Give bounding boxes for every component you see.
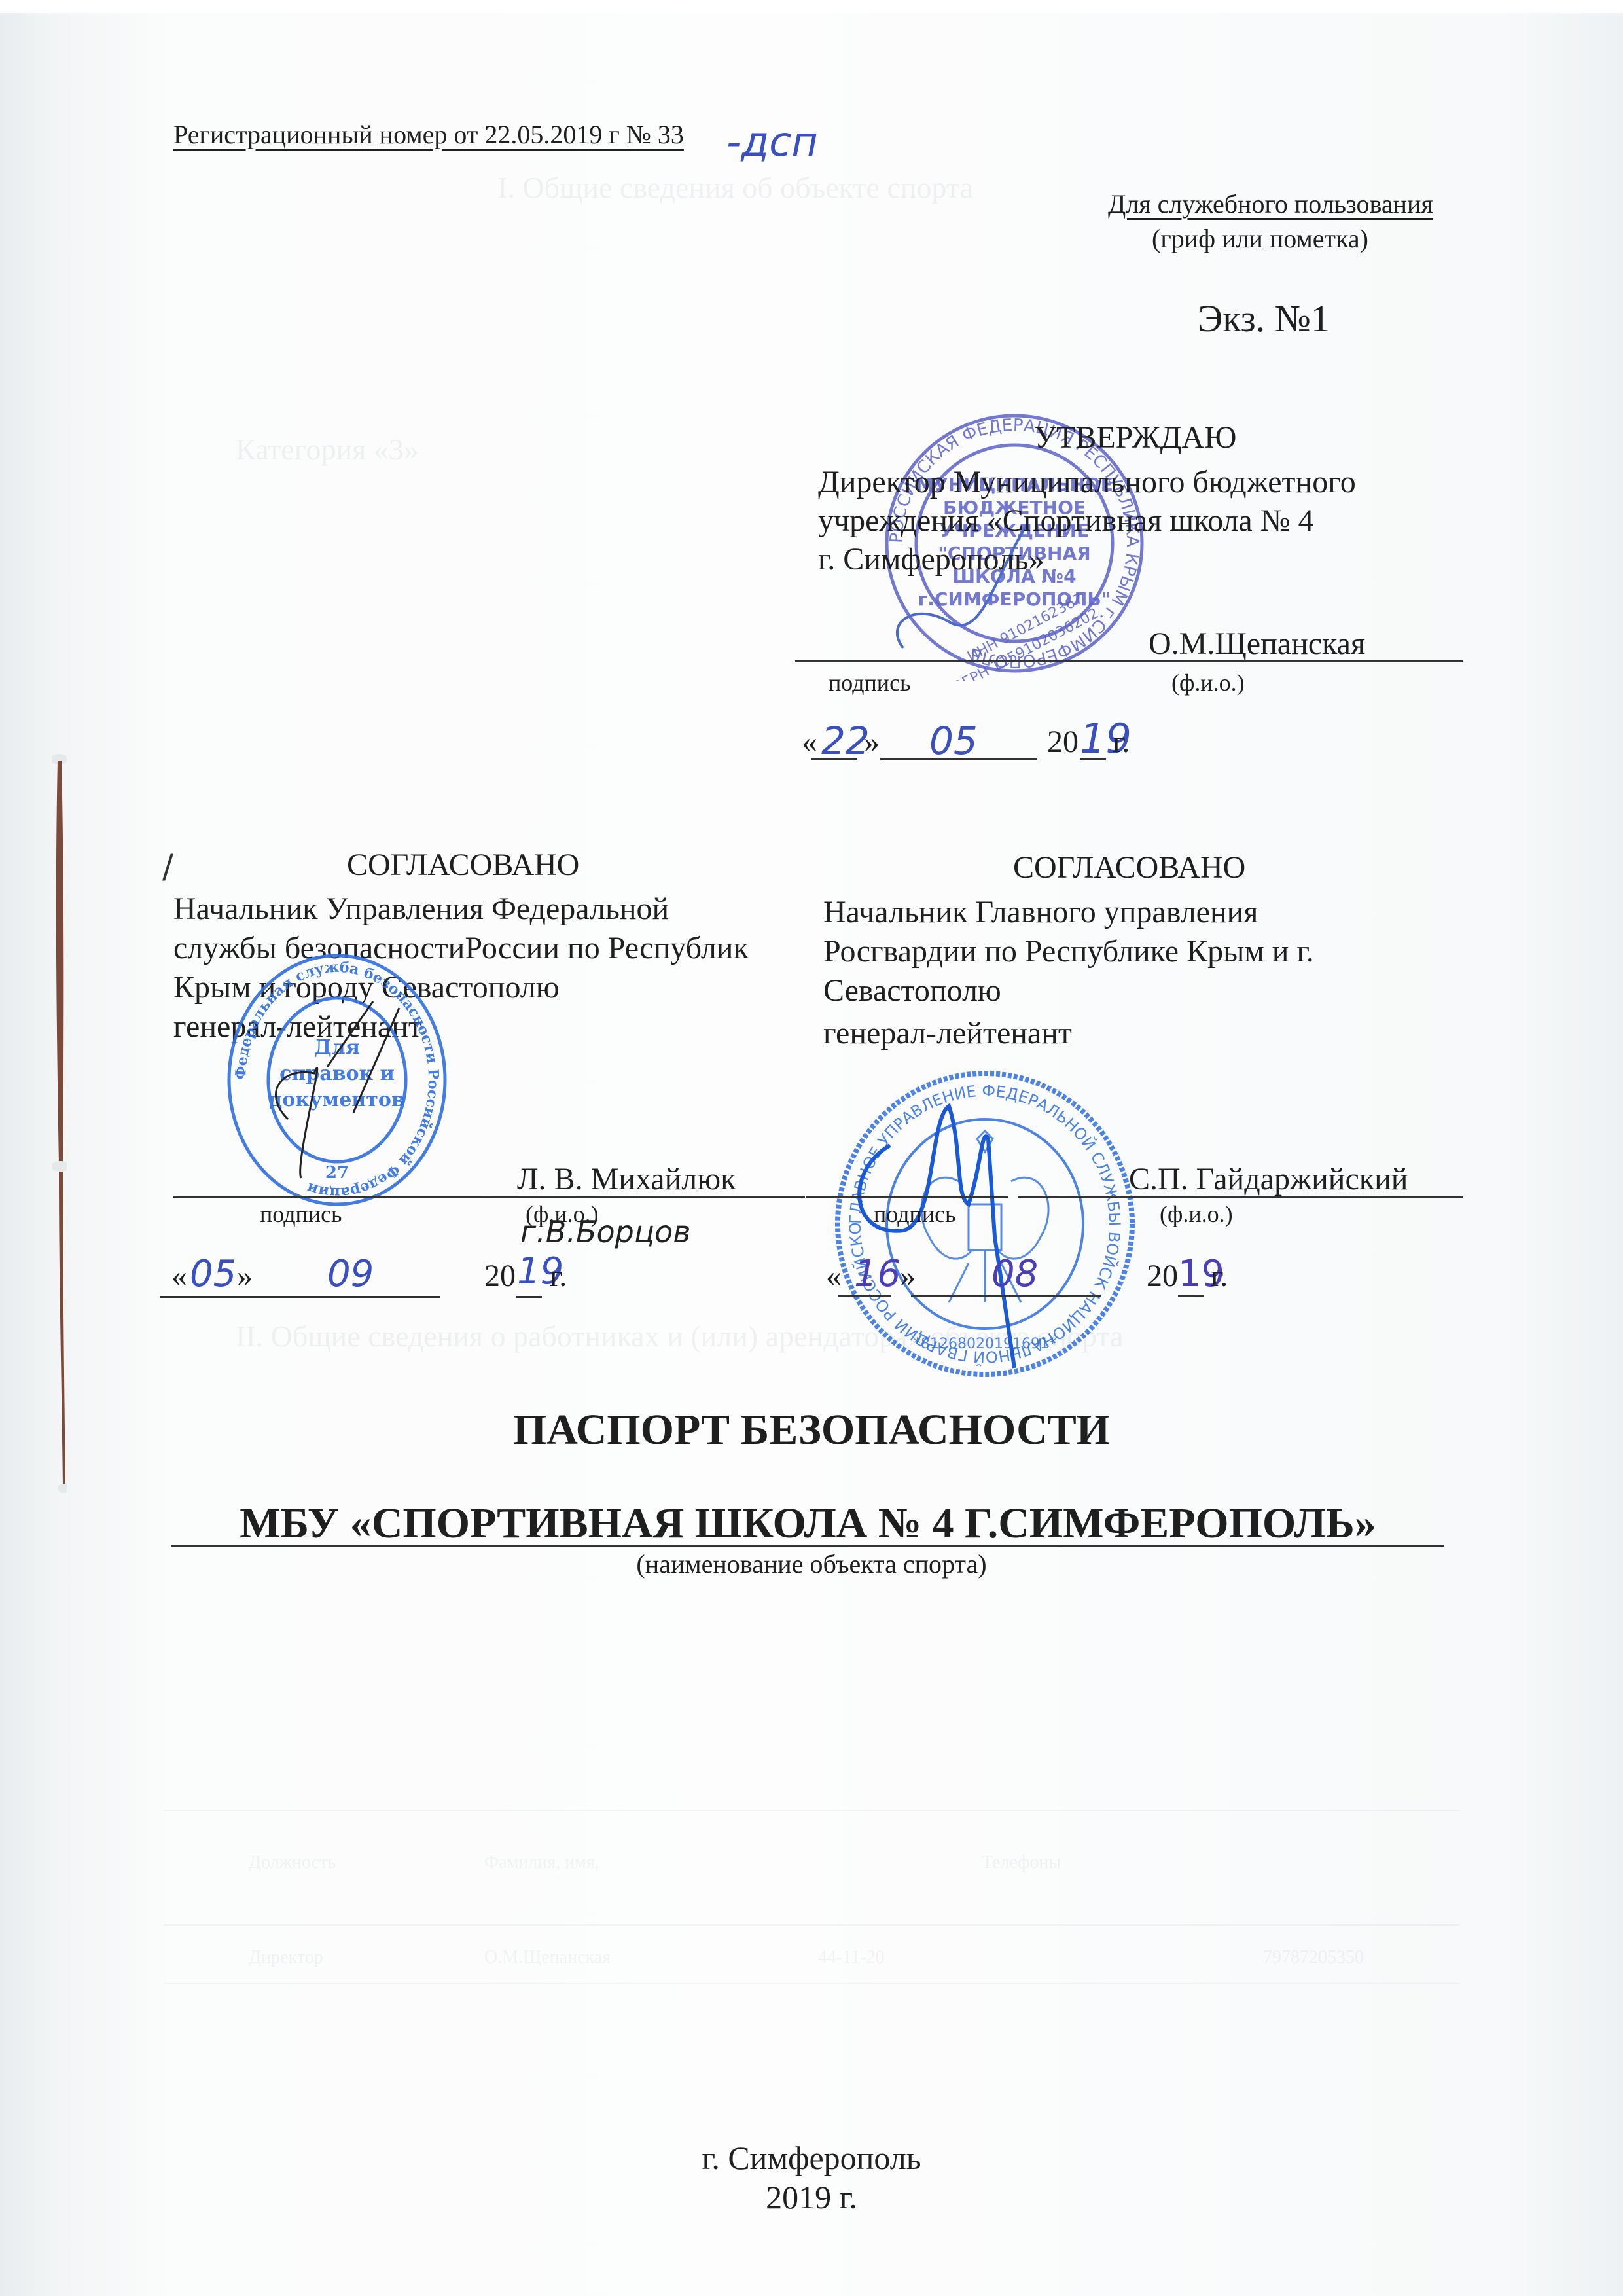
agreement-rosgvardia-position-line: генерал-лейтенант	[823, 1018, 1072, 1049]
approval-signer-name: О.М.Щепанская	[1149, 628, 1365, 660]
agreement-rosgvardia-name-caption: (ф.и.о.)	[1160, 1202, 1233, 1226]
agreement-rosgvardia-date-year-prefix: 20	[1147, 1261, 1178, 1292]
agreement-rosgvardia-date-year-end: г.	[1211, 1261, 1228, 1292]
agreement-fsb-date-month: 09	[327, 1253, 374, 1295]
approval-signature-caption: подпись	[829, 671, 910, 694]
bleed-through-table-cell: Директор	[249, 1947, 323, 1968]
bleed-through-table-header: Фамилия, имя,	[484, 1852, 599, 1873]
bleed-through-table-cell: 44-11-20	[818, 1947, 885, 1968]
svg-text:27: 27	[325, 1163, 349, 1183]
agreement-fsb-handwritten-note: г.В.Борцов	[520, 1214, 690, 1249]
agreement-rosgvardia-position-line: Росгвардии по Республике Крым и г.	[823, 936, 1314, 967]
classification-mark: Для служебного пользования	[1108, 191, 1433, 217]
agreement-rosgvardia-date-close-quote: »	[900, 1261, 916, 1292]
approval-date-day: 22	[821, 719, 870, 763]
approval-position-line: Директор Муниципального бюджетного	[818, 467, 1356, 498]
approval-position-line: учреждения «Спортивная школа № 4	[818, 505, 1314, 537]
agreement-rosgvardia-heading: СОГЛАСОВАНО	[1013, 852, 1245, 884]
agreement-fsb-date-close-quote: »	[237, 1261, 253, 1292]
agreement-fsb-date-year-prefix: 20	[484, 1261, 516, 1292]
bleed-through-table-cell: О.М.Щепанская	[484, 1947, 611, 1968]
agreement-rosgvardia-signature-caption: подпись	[874, 1202, 955, 1226]
registration-number: Регистрационный номер от 22.05.2019 г № …	[173, 122, 684, 148]
document-page: I. Общие сведения об объекте спорта Кате…	[0, 13, 1623, 2296]
agreement-fsb-signer-name: Л. В. Михайлюк	[517, 1164, 736, 1195]
bleed-through-table-header: Должность	[249, 1852, 336, 1873]
object-name-underline	[171, 1545, 1444, 1547]
bleed-through-heading: I. Общие сведения об объекте спорта	[497, 170, 973, 205]
agreement-rosgvardia-date-day: 16	[854, 1253, 901, 1295]
agreement-fsb-date-year-end: г.	[550, 1261, 567, 1292]
agreement-fsb-position-line: Начальник Управления Федеральной	[173, 893, 669, 925]
bleed-through-table-header: Телефоны	[982, 1852, 1061, 1873]
object-name: МБУ «СПОРТИВНАЯ ШКОЛА № 4 Г.СИМФЕРОПОЛЬ»	[171, 1499, 1444, 1549]
approval-date-year-end: г.	[1113, 726, 1130, 758]
svg-text:*81268020191691*: *81268020191691*	[914, 1336, 1056, 1352]
approval-signature-line	[795, 660, 1463, 662]
approval-date-year-prefix: 20	[1047, 726, 1079, 758]
bleed-through-table-cell: 79787205350	[1263, 1947, 1364, 1968]
binding-thread	[52, 753, 67, 1499]
approval-position-line: г. Симферополь»	[818, 544, 1044, 575]
copy-number: Экз. №1	[1198, 300, 1330, 338]
approval-name-caption: (ф.и.о.)	[1171, 671, 1245, 694]
agreement-rosgvardia-position-line: Севастополю	[823, 975, 1001, 1007]
svg-text:документов: документов	[269, 1088, 404, 1111]
approval-heading: УТВЕРЖДАЮ	[1034, 422, 1236, 454]
document-title: ПАСПОРТ БЕЗОПАСНОСТИ	[0, 1405, 1623, 1455]
agreement-rosgvardia-date-open-quote: «	[826, 1261, 842, 1292]
approval-date-month: 05	[929, 719, 978, 763]
agreement-rosgvardia-date-month: 08	[991, 1253, 1038, 1295]
footer-city: г. Симферополь	[0, 2142, 1623, 2174]
object-name-caption: (наименование объекта спорта)	[0, 1551, 1623, 1577]
agreement-fsb-date-day: 05	[190, 1253, 236, 1295]
agreement-fsb-date-open-quote: «	[171, 1261, 187, 1292]
classification-caption: (гриф или пометка)	[1152, 226, 1368, 252]
agreement-fsb-heading: СОГЛАСОВАНО	[347, 850, 579, 881]
agreement-rosgvardia-position-line: Начальник Главного управления	[823, 897, 1258, 928]
approval-date-close-quote: »	[864, 726, 880, 758]
agreement-fsb-signature-caption: подпись	[260, 1202, 342, 1226]
agreement-fsb-stamp: Федеральная служба безопасности Российск…	[223, 949, 452, 1211]
approval-date-open-quote: «	[802, 726, 817, 758]
bleed-through-category: Категория «3»	[236, 432, 419, 467]
footer-year: 2019 г.	[0, 2181, 1623, 2214]
svg-text:Для: Для	[314, 1036, 360, 1059]
agreement-rosgvardia-signer-name: С.П. Гайдаржийский	[1129, 1164, 1408, 1195]
registration-handwritten-suffix: -дсп	[726, 118, 818, 166]
